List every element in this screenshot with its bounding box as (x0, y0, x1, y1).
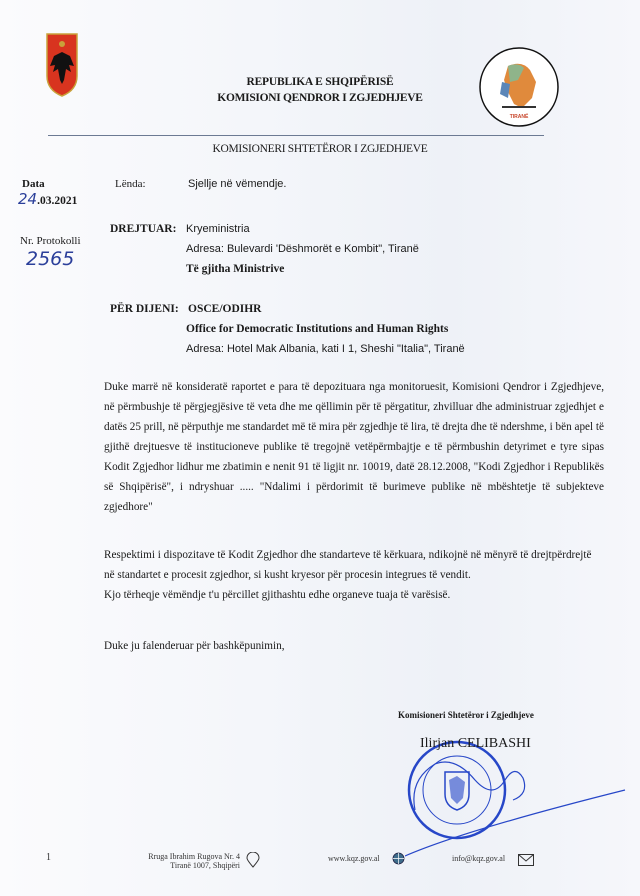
footer-email[interactable]: info@kqz.gov.al (452, 854, 505, 863)
subject-value: Sjellje në vëmendje. (188, 178, 286, 190)
addressed-to-address: Adresa: Bulevardi 'Dëshmorët e Kombit", … (186, 243, 419, 255)
envelope-icon (518, 854, 534, 866)
addressed-to-recipient: Kryeministria (186, 223, 250, 235)
date-day-handwritten: 24 (18, 190, 37, 208)
body-paragraph-3: Kjo tërheqje vëmëndje t'u përcillet gjit… (104, 585, 604, 605)
for-info-label: PËR DIJENI: (110, 303, 179, 315)
body-paragraph-2: Respektimi i dispozitave të Kodit Zgjedh… (104, 545, 604, 585)
location-pin-icon (246, 852, 260, 868)
date-month-year: .03.2021 (37, 195, 77, 207)
protocol-number-handwritten: 2565 (26, 248, 74, 270)
signature-title: Komisioneri Shtetëror i Zgjedhjeve (398, 710, 534, 720)
footer-website[interactable]: www.kqz.gov.al (328, 854, 380, 863)
date-value: 24.03.2021 (18, 190, 77, 208)
footer-address-line1: Rruga Ibrahim Rugova Nr. 4 (140, 852, 240, 861)
footer-address-line2: Tiranë 1007, Shqipëri (140, 861, 240, 870)
subject-label: Lënda: (115, 178, 146, 190)
albania-coat-of-arms-icon (45, 32, 79, 98)
protocol-label: Nr. Protokolli (20, 235, 81, 247)
addressed-to-ministries: Të gjitha Ministrive (186, 263, 284, 275)
header-divider (48, 135, 544, 136)
page-number: 1 (46, 852, 51, 863)
svg-text:TIRANË: TIRANË (510, 113, 529, 120)
for-info-org: OSCE/ODIHR (188, 303, 262, 315)
header-state-commissioner: KOMISIONERI SHTETËROR I ZGJEDHJEVE (0, 143, 640, 155)
closing-line: Duke ju falenderuar për bashkëpunimin, (104, 636, 604, 656)
date-label: Data (22, 178, 45, 190)
addressed-to-label: DREJTUAR: (110, 223, 176, 235)
kqz-logo-icon: TIRANË (478, 46, 560, 128)
footer-address: Rruga Ibrahim Rugova Nr. 4 Tiranë 1007, … (140, 852, 240, 870)
for-info-org-full: Office for Democratic Institutions and H… (186, 323, 448, 335)
body-paragraph-1: Duke marrë në konsideratë raportet e par… (104, 377, 604, 517)
document-page: REPUBLIKA E SHQIPËRISË KOMISIONI QENDROR… (0, 0, 640, 896)
globe-icon (392, 852, 405, 865)
signature-name: Ilirjan CELIBASHI (420, 736, 531, 752)
for-info-address: Adresa: Hotel Mak Albania, kati I 1, She… (186, 343, 465, 355)
